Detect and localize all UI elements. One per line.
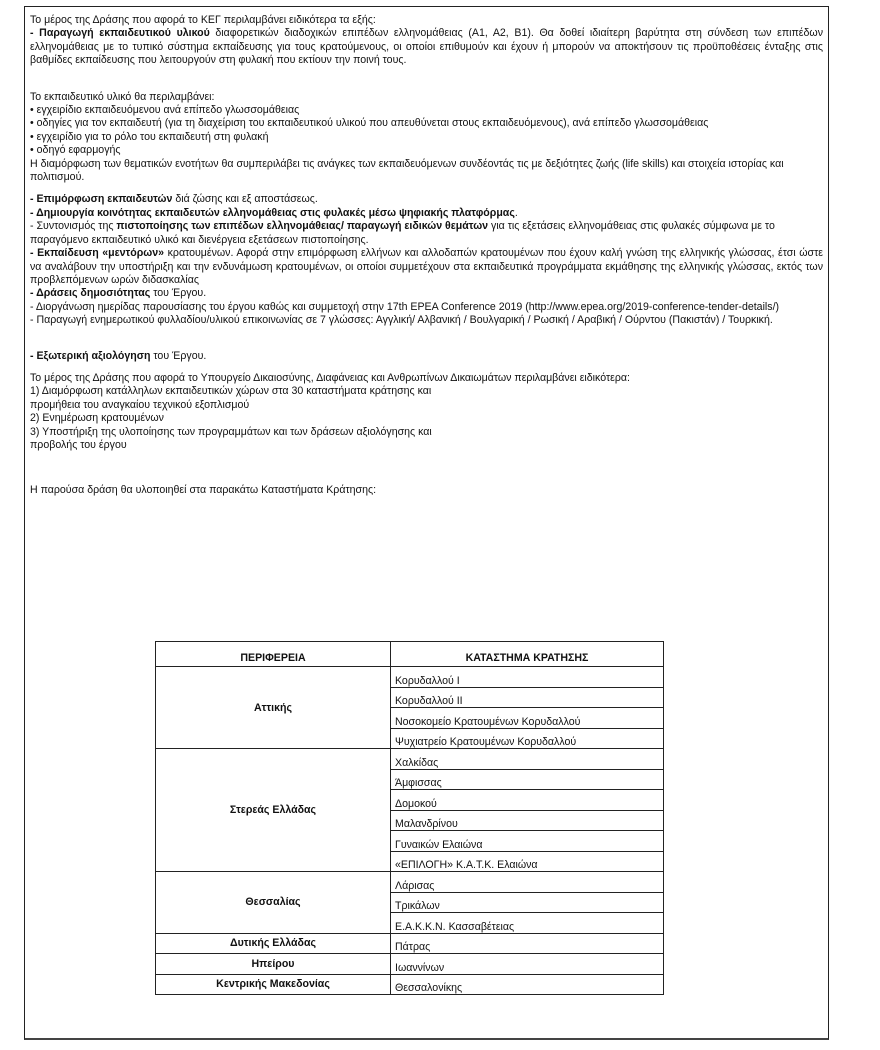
action-community-platform: - Δημιουργία κοινότητας εκπαιδευτών ελλη… [30,207,823,220]
table-intro: Η παρούσα δράση θα υλοποιηθεί στα παρακά… [30,484,823,497]
prison-cell: Νοσοκομείο Κρατουμένων Κορυδαλλού [391,708,664,729]
region-cell: Κεντρικής Μακεδονίας [156,974,391,995]
prison-cell: Ιωαννίνων [391,954,664,975]
region-cell: Δυτικής Ελλάδας [156,933,391,954]
prison-cell: Θεσσαλονίκης [391,974,664,995]
table-row: ΑττικήςΚορυδαλλού Ι [156,667,664,688]
prison-cell: Άμφισσας [391,769,664,790]
prison-cell: Ε.Α.Κ.Κ.Ν. Κασσαβέτειας [391,913,664,934]
material-heading: Το εκπαιδευτικό υλικό θα περιλαμβάνει: [30,91,823,104]
prisons-table: ΠΕΡΙΦΕΡΕΙΑ ΚΑΤΑΣΤΗΜΑ ΚΡΑΤΗΣΗΣ ΑττικήςΚορ… [155,641,664,995]
table-row: Δυτικής Ελλάδας Πάτρας [156,933,664,954]
prison-cell: «ΕΠΙΛΟΓΗ» Κ.Α.Τ.Κ. Ελαιώνα [391,851,664,872]
region-cell: Ηπείρου [156,954,391,975]
ministry-line: προμήθεια του αναγκαίου τεχνικού εξοπλισ… [30,399,823,412]
action-publicity-leaflet: - Παραγωγή ενημερωτικού φυλλαδίου/υλικού… [30,314,823,327]
prison-cell: Γυναικών Ελαιώνα [391,831,664,852]
region-cell: Θεσσαλίας [156,872,391,934]
action-publicity-event: - Διοργάνωση ημερίδας παρουσίασης του έρ… [30,301,823,314]
ministry-line: 3) Υποστήριξη της υλοποίησης των προγραμ… [30,426,823,439]
region-cell: Αττικής [156,667,391,749]
action-publicity: - Δράσεις δημοσιότητας του Έργου. [30,287,823,300]
material-bullet: • οδηγίες για τον εκπαιδευτή (για τη δια… [30,117,823,130]
material-note: Η διαμόρφωση των θεματικών ενοτήτων θα σ… [30,158,823,185]
ministry-line: 1) Διαμόρφωση κατάλληλων εκπαιδευτικών χ… [30,385,823,398]
table-row: ΘεσσαλίαςΛάρισας [156,872,664,893]
document-content: Το μέρος της Δράσης που αφορά το ΚΕΓ περ… [30,14,823,498]
action-trainer-training: - Επιμόρφωση εκπαιδευτών διά ζώσης και ε… [30,193,823,206]
prison-cell: Ψυχιατρείο Κρατουμένων Κορυδαλλού [391,728,664,749]
prison-cell: Κορυδαλλού ΙΙ [391,687,664,708]
action-mentors: - Εκπαίδευση «μεντόρων» κρατουμένων. Αφο… [30,247,823,287]
prison-cell: Πάτρας [391,933,664,954]
table-row: Στερεάς ΕλλάδαςΧαλκίδας [156,749,664,770]
ministry-heading: Το μέρος της Δράσης που αφορά το Υπουργε… [30,372,823,385]
table-header-row: ΠΕΡΙΦΕΡΕΙΑ ΚΑΤΑΣΤΗΜΑ ΚΡΑΤΗΣΗΣ [156,642,664,667]
header-region: ΠΕΡΙΦΕΡΕΙΑ [156,642,391,667]
prison-cell: Μαλανδρίνου [391,810,664,831]
intro-item-material-production: - Παραγωγή εκπαιδευτικού υλικού διαφορετ… [30,27,823,67]
action-certification: - Συντονισμός της πιστοποίησης των επιπέ… [30,220,823,247]
action-external-evaluation: - Εξωτερική αξιολόγηση του Έργου. [30,350,823,363]
ministry-line: προβολής του έργου [30,439,823,452]
prison-cell: Τρικάλων [391,892,664,913]
table-row: Κεντρικής ΜακεδονίαςΘεσσαλονίκης [156,974,664,995]
material-bullet: • εγχειρίδιο εκπαιδευόμενου ανά επίπεδο … [30,104,823,117]
prison-cell: Χαλκίδας [391,749,664,770]
ministry-line: 2) Ενημέρωση κρατουμένων [30,412,823,425]
region-cell: Στερεάς Ελλάδας [156,749,391,872]
table-row: ΗπείρουΙωαννίνων [156,954,664,975]
intro-heading: Το μέρος της Δράσης που αφορά το ΚΕΓ περ… [30,14,823,27]
prison-cell: Λάρισας [391,872,664,893]
prison-cell: Δομοκού [391,790,664,811]
material-bullet: • οδηγό εφαρμογής [30,144,823,157]
header-prison: ΚΑΤΑΣΤΗΜΑ ΚΡΑΤΗΣΗΣ [391,642,664,667]
material-bullet: • εγχειρίδιο για το ρόλο του εκπαιδευτή … [30,131,823,144]
prison-cell: Κορυδαλλού Ι [391,667,664,688]
